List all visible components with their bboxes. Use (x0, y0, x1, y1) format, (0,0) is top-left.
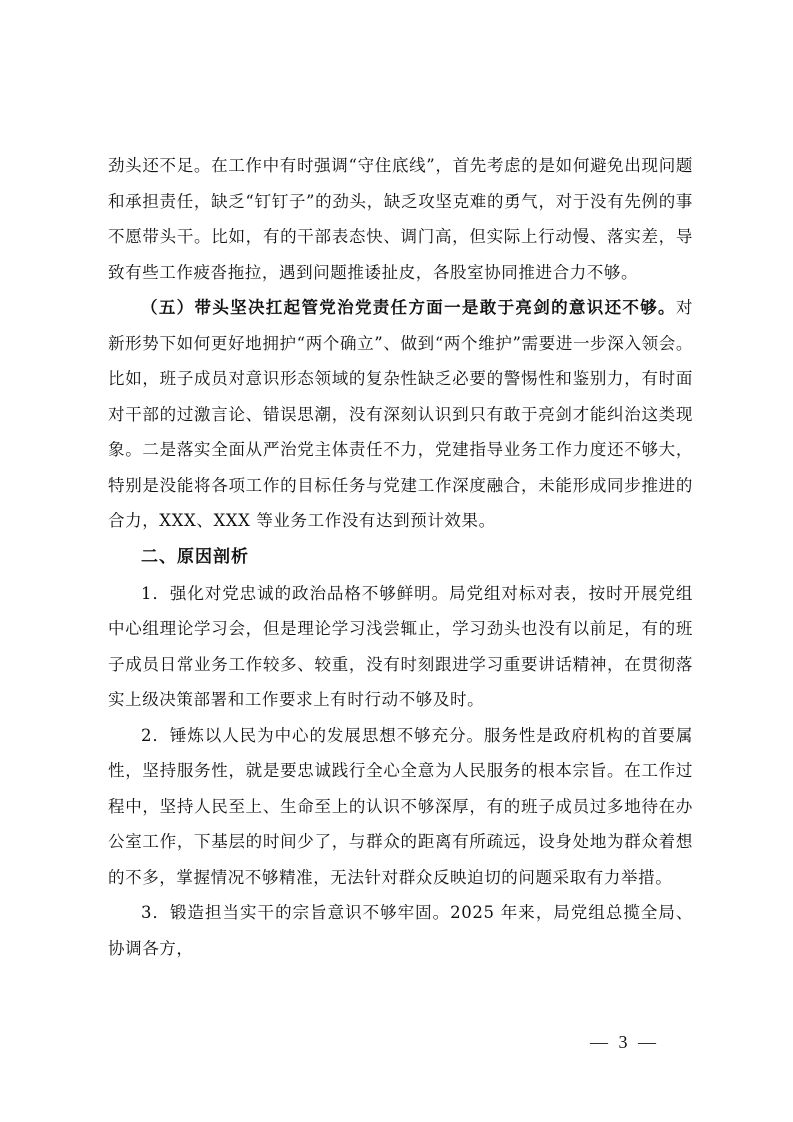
paragraph-section-five: （五）带头坚决扛起管党治党责任方面一是敢于亮剑的意识还不够。对新形势下如何更好地… (108, 290, 693, 539)
section-five-text: 对新形势下如何更好地拥护“两个确立”、做到“两个维护”需要进一步深入领会。比如，… (108, 298, 693, 530)
paragraph-cause-1: 1．强化对党忠诚的政治品格不够鲜明。局党组对标对表，按时开展党组中心组理论学习会… (108, 576, 693, 718)
document-page: 劲头还不足。在工作中有时强调“守住底线”，首先考虑的是如何避免出现问题和承担责任… (0, 0, 793, 1122)
page-number: — 3 — (590, 1032, 659, 1053)
paragraph-cause-2: 2．锤炼以人民为中心的发展思想不够充分。服务性是政府机构的首要属性，坚持服务性，… (108, 718, 693, 896)
paragraph-cause-3: 3．锻造担当实干的宗旨意识不够牢固。2025 年来，局党组总揽全局、协调各方， (108, 895, 693, 966)
paragraph-continuation: 劲头还不足。在工作中有时强调“守住底线”，首先考虑的是如何避免出现问题和承担责任… (108, 148, 693, 290)
section-five-lead: （五）带头坚决扛起管党治党责任方面一是敢于亮剑的意识还不够。 (141, 298, 676, 317)
section-heading-cause-analysis: 二、原因剖析 (108, 539, 693, 576)
document-body: 劲头还不足。在工作中有时强调“守住底线”，首先考虑的是如何避免出现问题和承担责任… (108, 148, 693, 966)
